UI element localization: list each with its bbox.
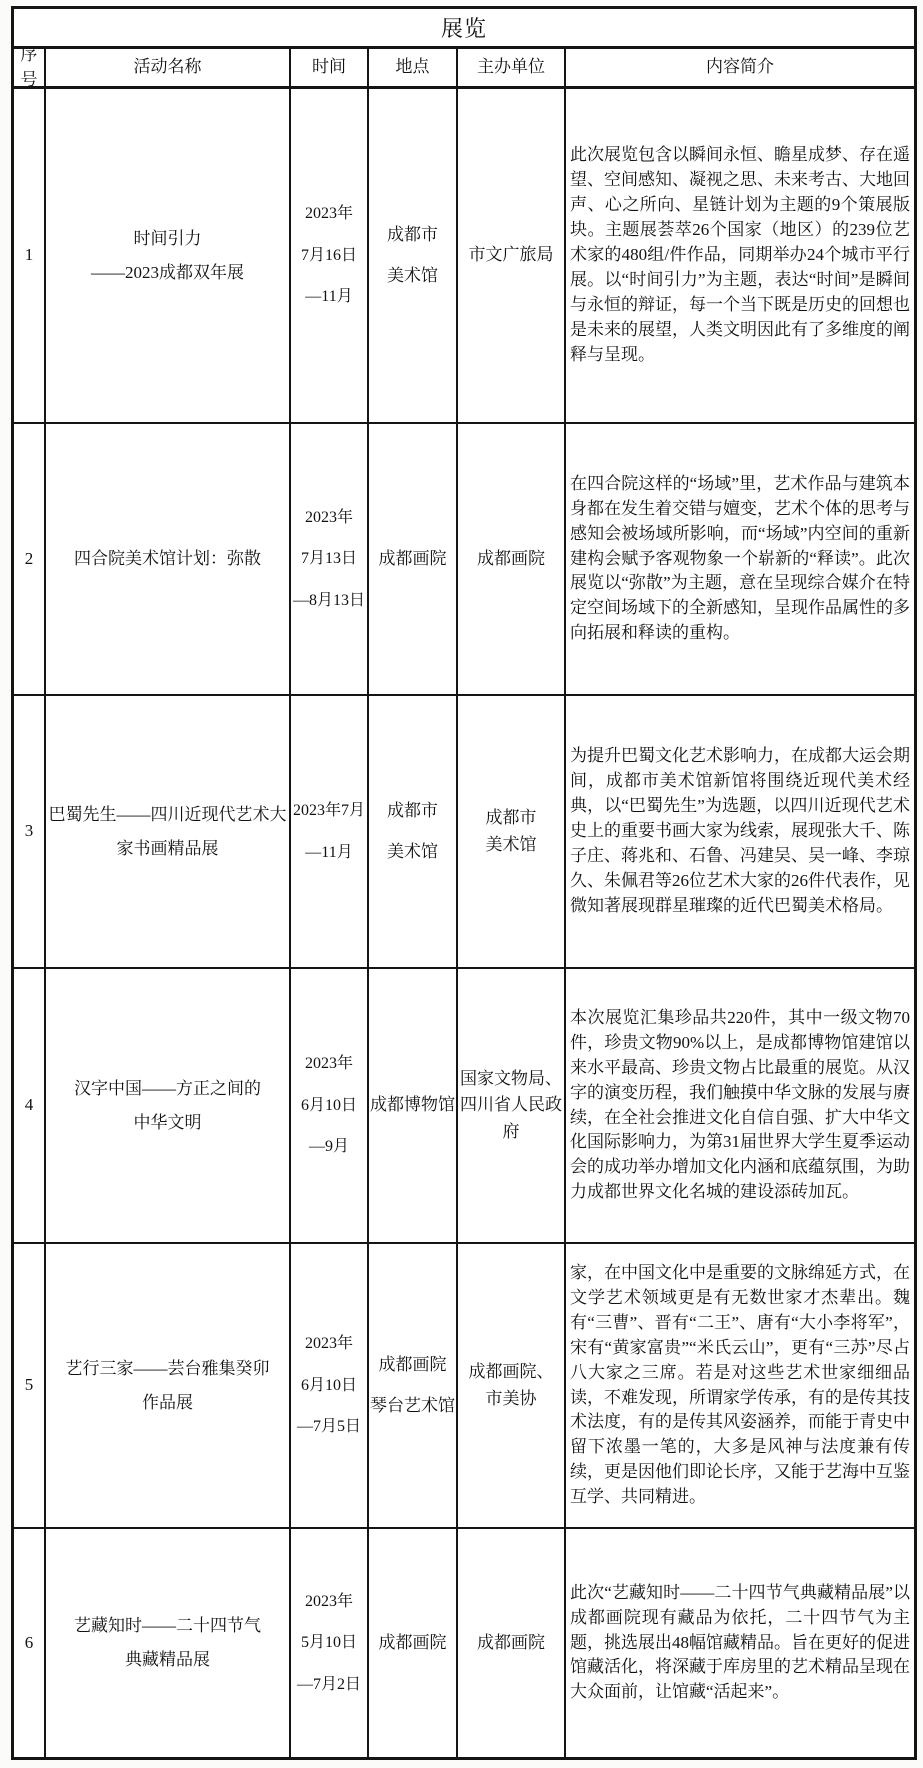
activity-intro-text: 此次展览包含以瞬间永恒、瞻星成梦、存在遥望、空间感知、凝视之思、未来考古、大地回… — [570, 143, 910, 368]
activity-time: 2023年 5月10日 —7月2日 — [291, 1529, 369, 1757]
activity-name: 汉字中国——方正之间的 中华文明 — [46, 969, 291, 1244]
activity-intro: 家，在中国文化中是重要的文脉绵延方式，在文学艺术领域更是有无数世家才杰辈出。魏有… — [566, 1244, 914, 1529]
document-page: 展览 序号 活动名称 时间 地点 主办单位 内容简介 1 时间引力 ——2023… — [0, 0, 923, 1768]
activity-name: 时间引力 ——2023成都双年展 — [46, 89, 291, 424]
activity-name: 艺藏知时——二十四节气 典藏精品展 — [46, 1529, 291, 1757]
table-header-row: 序号 活动名称 时间 地点 主办单位 内容简介 — [14, 49, 914, 89]
activity-place: 成都市 美术馆 — [369, 89, 458, 424]
activity-name: 四合院美术馆计划：弥散 — [46, 424, 291, 696]
table-row: 2 四合院美术馆计划：弥散 2023年 7月13日 —8月13日 成都画院 成都… — [14, 424, 914, 696]
row-number: 6 — [14, 1529, 46, 1757]
activity-time: 2023年 6月10日 —9月 — [291, 969, 369, 1244]
activity-intro: 在四合院这样的“场域”里，艺术作品与建筑本身都在发生着交错与嬗变，艺术个体的思考… — [566, 424, 914, 696]
activity-place: 成都市 美术馆 — [369, 696, 458, 969]
row-number: 2 — [14, 424, 46, 696]
activity-time: 2023年 6月10日 —7月5日 — [291, 1244, 369, 1529]
col-header-place: 地点 — [369, 49, 458, 89]
activity-intro: 为提升巴蜀文化艺术影响力，在成都大运会期间，成都市美术馆新馆将围绕近现代美术经典… — [566, 696, 914, 969]
col-header-no: 序号 — [14, 49, 46, 89]
activity-intro: 此次展览包含以瞬间永恒、瞻星成梦、存在遥望、空间感知、凝视之思、未来考古、大地回… — [566, 89, 914, 424]
activity-intro-text: 此次“艺藏知时——二十四节气典藏精品展”以成都画院现有藏品为依托，二十四节气为主… — [570, 1581, 910, 1706]
activity-place: 成都画院 — [369, 1529, 458, 1757]
activity-place: 成都画院 琴台艺术馆 — [369, 1244, 458, 1529]
activity-time: 2023年 7月16日 —11月 — [291, 89, 369, 424]
row-number: 5 — [14, 1244, 46, 1529]
activity-intro: 此次“艺藏知时——二十四节气典藏精品展”以成都画院现有藏品为依托，二十四节气为主… — [566, 1529, 914, 1757]
activity-name: 巴蜀先生——四川近现代艺术大 家书画精品展 — [46, 696, 291, 969]
col-header-organizer: 主办单位 — [458, 49, 566, 89]
row-number: 4 — [14, 969, 46, 1244]
table-row: 1 时间引力 ——2023成都双年展 2023年 7月16日 —11月 成都市 … — [14, 89, 914, 424]
table-row: 6 艺藏知时——二十四节气 典藏精品展 2023年 5月10日 —7月2日 成都… — [14, 1529, 914, 1757]
activity-place: 成都博物馆 — [369, 969, 458, 1244]
col-header-intro: 内容简介 — [566, 49, 914, 89]
exhibition-table: 展览 序号 活动名称 时间 地点 主办单位 内容简介 1 时间引力 ——2023… — [11, 6, 917, 1760]
activity-organizer: 成都画院、 市美协 — [458, 1244, 566, 1529]
activity-time: 2023年 7月13日 —8月13日 — [291, 424, 369, 696]
activity-name: 艺行三家——芸台雅集癸卯 作品展 — [46, 1244, 291, 1529]
activity-place: 成都画院 — [369, 424, 458, 696]
row-number: 3 — [14, 696, 46, 969]
activity-intro-text: 在四合院这样的“场域”里，艺术作品与建筑本身都在发生着交错与嬗变，艺术个体的思考… — [570, 472, 910, 647]
activity-organizer: 国家文物局、 四川省人民政 府 — [458, 969, 566, 1244]
table-row: 5 艺行三家——芸台雅集癸卯 作品展 2023年 6月10日 —7月5日 成都画… — [14, 1244, 914, 1529]
activity-organizer: 成都市 美术馆 — [458, 696, 566, 969]
activity-intro-text: 家，在中国文化中是重要的文脉绵延方式，在文学艺术领域更是有无数世家才杰辈出。魏有… — [570, 1261, 910, 1511]
activity-intro-text: 本次展览汇集珍品共220件，其中一级文物70件，珍贵文物90%以上，是成都博物馆… — [570, 1006, 910, 1206]
activity-organizer: 成都画院 — [458, 1529, 566, 1757]
row-number: 1 — [14, 89, 46, 424]
table-title: 展览 — [14, 9, 914, 49]
activity-intro: 本次展览汇集珍品共220件，其中一级文物70件，珍贵文物90%以上，是成都博物馆… — [566, 969, 914, 1244]
activity-organizer: 成都画院 — [458, 424, 566, 696]
table-row: 4 汉字中国——方正之间的 中华文明 2023年 6月10日 —9月 成都博物馆… — [14, 969, 914, 1244]
activity-organizer: 市文广旅局 — [458, 89, 566, 424]
table-row: 3 巴蜀先生——四川近现代艺术大 家书画精品展 2023年7月 —11月 成都市… — [14, 696, 914, 969]
col-header-name: 活动名称 — [46, 49, 291, 89]
activity-time: 2023年7月 —11月 — [291, 696, 369, 969]
col-header-time: 时间 — [291, 49, 369, 89]
activity-intro-text: 为提升巴蜀文化艺术影响力，在成都大运会期间，成都市美术馆新馆将围绕近现代美术经典… — [570, 744, 910, 919]
